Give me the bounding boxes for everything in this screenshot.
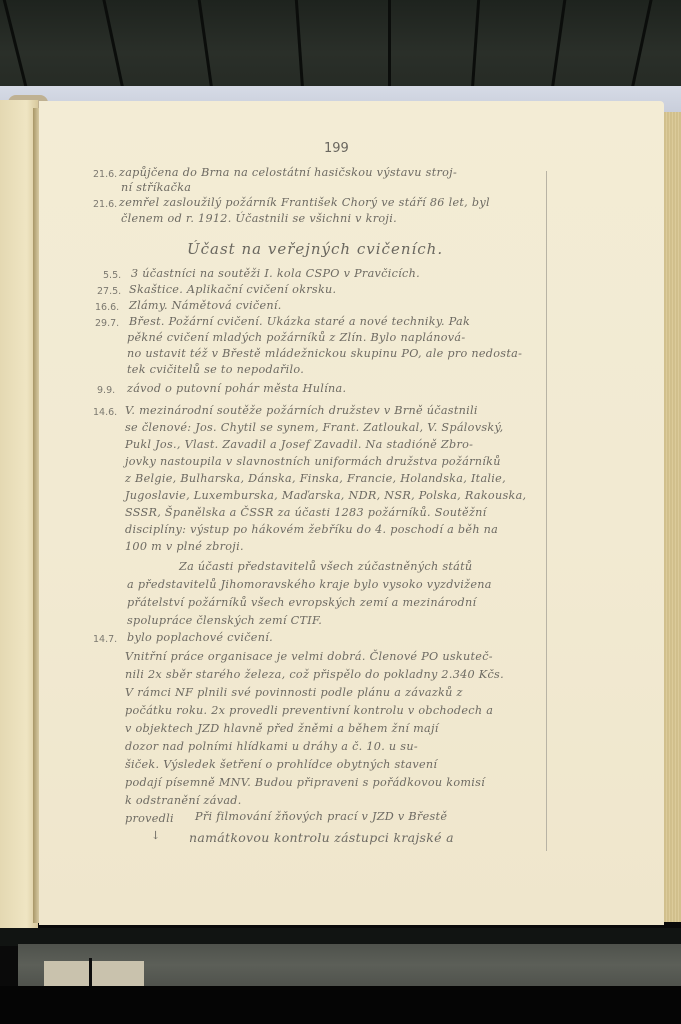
entry-date: 21.6. (93, 169, 117, 180)
entry-line: 3 účastníci na soutěži I. kola CSPO v Pr… (131, 267, 420, 280)
entry-date: 14.7. (93, 634, 117, 645)
entry-date: 29.7. (95, 318, 119, 329)
entry-line: Jugoslavie, Luxemburska, Maďarska, NDR, … (125, 489, 526, 502)
section-heading: Účast na veřejných cvičeních. (187, 240, 443, 258)
entry-line: Pukl Jos., Vlast. Zavadil a Josef Zavadi… (125, 438, 473, 451)
entry-line: Skaštice. Aplikační cvičení okrsku. (129, 283, 336, 296)
entry-line: k odstranění závad. (125, 794, 242, 807)
arrow-down-icon: ↓ (151, 829, 161, 842)
entry-line: 100 m v plné zbroji. (125, 540, 244, 553)
entry-line: zemřel zasloužilý požárník František Cho… (119, 196, 490, 209)
entry-line: Za účasti představitelů všech zúčastněný… (179, 560, 472, 573)
shelf-label (44, 961, 144, 986)
ceiling-slat (470, 0, 481, 88)
entry-line: jovky nastoupila v slavnostních uniformá… (125, 455, 501, 468)
entry-line: V rámci NF plnili své povinnosti podle p… (125, 686, 463, 699)
entry-date: 9.9. (97, 385, 115, 396)
entry-line: Břest. Požární cvičení. Ukázka staré a n… (129, 315, 470, 328)
shelf-label-marker (89, 958, 92, 988)
entry-line: Při filmování žňových prací v JZD v Břes… (195, 810, 447, 823)
entry-line: členem od r. 1912. Účastnili se všichni … (121, 212, 397, 225)
entry-date: 14.6. (93, 407, 117, 418)
entry-line: nili 2x sběr starého železa, což přispěl… (125, 668, 504, 681)
entry-line: počátku roku. 2x provedli preventivní ko… (125, 704, 493, 717)
entry-line: namátkovou kontrolu zástupci krajské a (189, 830, 454, 845)
entry-line: se členové: Jos. Chytil se synem, Frant.… (125, 421, 503, 434)
entry-line: v objektech JZD hlavně před žněmi a běhe… (125, 722, 439, 735)
entry-line: šiček. Výsledek šetření o prohlídce obyt… (125, 758, 437, 771)
entry-line: V. mezinárodní soutěže požárních družste… (125, 404, 478, 417)
floor-shadow (0, 986, 681, 1024)
entry-line: no ustavit též v Břestě mládežnickou sku… (127, 347, 522, 360)
shelf-ceiling (0, 0, 681, 88)
entry-line: bylo poplachové cvičení. (127, 631, 273, 644)
entry-line: podají písemně MNV. Budou připraveni s p… (125, 776, 485, 789)
entry-line: dozor nad polními hlídkami u dráhy a č. … (125, 740, 418, 753)
page-edges-stack (662, 112, 681, 922)
entry-line: Vnitřní práce organisace je velmi dobrá.… (125, 650, 493, 663)
entry-line: disciplíny: výstup po hákovém žebříku do… (125, 523, 498, 536)
handwritten-content: 199 21.6. zapůjčena do Brna na celostátn… (39, 101, 664, 925)
ceiling-slat (1, 0, 31, 88)
entry-date: 16.6. (95, 302, 119, 313)
entry-line: závod o putovní pohár města Hulína. (127, 382, 346, 395)
entry-line: pěkné cvičení mladých požárníků z Zlín. … (127, 331, 465, 344)
ledger-page: 199 21.6. zapůjčena do Brna na celostátn… (39, 101, 664, 925)
entry-line: z Belgie, Bulharska, Dánska, Finska, Fra… (125, 472, 506, 485)
entry-date: 21.6. (93, 199, 117, 210)
entry-line: tek cvičitelů se to nepodařilo. (127, 363, 304, 376)
ceiling-slat (196, 0, 214, 88)
ceiling-slat (388, 0, 391, 88)
margin-note: provedli (125, 812, 174, 825)
entry-date: 5.5. (103, 270, 121, 281)
page-number: 199 (324, 141, 349, 156)
entry-line: spolupráce členských zemí CTIF. (127, 614, 322, 627)
ceiling-slat (294, 0, 305, 88)
entry-date: 27.5. (97, 286, 121, 297)
entry-line: SSSR, Španělska a ČSSR za účasti 1283 po… (125, 506, 487, 519)
ceiling-slat (629, 0, 655, 88)
ceiling-slat (549, 0, 567, 88)
entry-line: zapůjčena do Brna na celostátní hasičsko… (119, 166, 457, 179)
ceiling-slat (101, 0, 127, 88)
entry-line: Zlámy. Námětová cvičení. (129, 299, 282, 312)
entry-line: a představitelů Jihomoravského kraje byl… (127, 578, 492, 591)
entry-line: ní stříkačka (121, 181, 191, 194)
entry-line: přátelství požárníků všech evropských ze… (127, 596, 476, 609)
